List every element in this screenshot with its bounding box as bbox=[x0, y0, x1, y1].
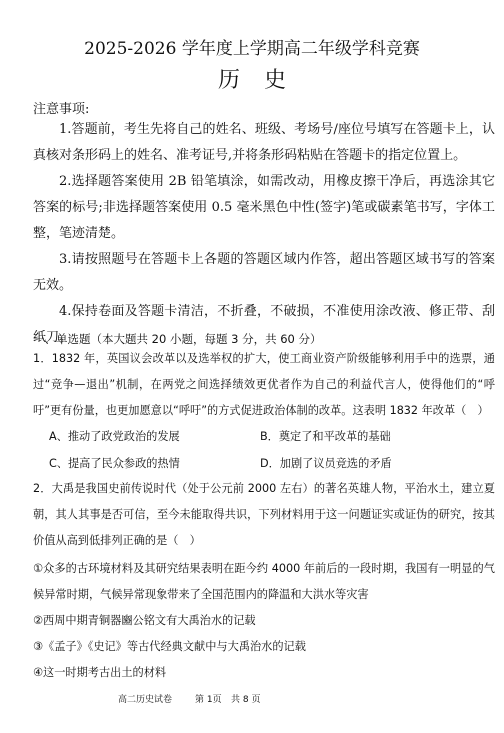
footer-page-number: 第 1页 bbox=[195, 692, 222, 705]
exam-page: 2025-2026 学年度上学期高二年级学科竞赛 历史 注意事项: 1.答题前，… bbox=[0, 0, 504, 733]
option-d: D．加剧了议员竞选的矛盾 bbox=[260, 455, 392, 471]
notice-item: 1.答题前，考生先将自己的姓名、班级、考场号/座位号填写在答题卡上，认真核对条形… bbox=[33, 117, 495, 169]
material-item: ①众多的古环境材料及其研究结果表明在距今约 4000 年前后的一段时期，我国有一… bbox=[33, 556, 495, 608]
footer-total-pages: 共 8 页 bbox=[231, 692, 260, 705]
subject-char: 史 bbox=[264, 63, 286, 94]
notice-list: 1.答题前，考生先将自己的姓名、班级、考场号/座位号填写在答题卡上，认真核对条形… bbox=[33, 117, 495, 351]
notice-item: 3.请按照题号在答题卡上各题的答题区域内作答，超出答题区域书写的答案无效。 bbox=[33, 247, 495, 299]
footer-paper-name: 高二历史试卷 bbox=[118, 692, 172, 705]
subject-char: 历 bbox=[218, 63, 240, 94]
question-2-materials: ①众多的古环境材料及其研究结果表明在距今约 4000 年前后的一段时期，我国有一… bbox=[33, 556, 495, 686]
notice-item: 2.选择题答案使用 2B 铅笔填涂，如需改动，用橡皮擦干净后，再选涂其它答案的标… bbox=[33, 169, 495, 247]
notice-heading: 注意事项: bbox=[33, 98, 89, 117]
material-item: ③《孟子》《史记》等古代经典文献中与大禹治水的记载 bbox=[33, 634, 495, 660]
subject-title: 历史 bbox=[0, 63, 504, 94]
section-heading: 一、单选题（本大题共 20 小题，每题 3 分，共 60 分） bbox=[33, 331, 322, 347]
exam-title: 2025-2026 学年度上学期高二年级学科竞赛 bbox=[0, 34, 504, 59]
question-text: 2．大禹是我国史前传说时代（处于公元前 2000 左右）的著名英雄人物，平治水土… bbox=[33, 476, 495, 554]
option-b: B．奠定了和平改革的基础 bbox=[260, 428, 391, 444]
option-a: A、推动了政党政治的发展 bbox=[49, 428, 180, 444]
material-item: ②西周中期青铜器豳公铭文有大禹治水的记载 bbox=[33, 608, 495, 634]
material-item: ④这一时期考古出土的材料 bbox=[33, 660, 495, 686]
question-1-stem: 1．1832 年，英国议会改革以及选举权的扩大，使工商业资产阶级能够利用手中的选… bbox=[33, 346, 495, 424]
option-c: C、提高了民众参政的热情 bbox=[49, 455, 180, 471]
question-text: 1．1832 年，英国议会改革以及选举权的扩大，使工商业资产阶级能够利用手中的选… bbox=[33, 346, 495, 424]
question-2-stem: 2．大禹是我国史前传说时代（处于公元前 2000 左右）的著名英雄人物，平治水土… bbox=[33, 476, 495, 554]
